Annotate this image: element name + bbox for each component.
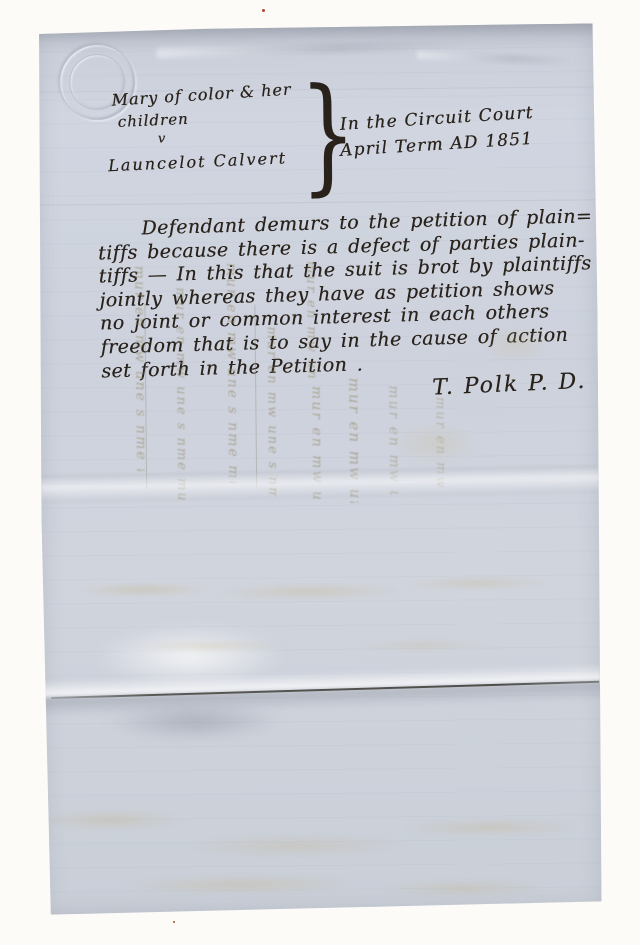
bleedthrough-script: mur en mw une s nme mur ew mnes un remse… <box>223 263 241 483</box>
plaintiff-name-line2: children <box>117 105 292 131</box>
dust-speck <box>262 9 265 12</box>
scanned-document-scene: Mary of color & her children v Launcelot… <box>0 0 640 945</box>
court-heading: In the Circuit Court April Term AD 1851 <box>340 108 535 156</box>
bleedthrough-script: mur en mw une s nme mur ew mnes un remse… <box>172 287 189 502</box>
dust-speck <box>173 921 175 923</box>
case-caption: Mary of color & her children v Launcelot… <box>111 84 292 172</box>
stain-band <box>42 568 600 607</box>
document-paper: Mary of color & her children v Launcelot… <box>37 23 603 914</box>
stain-band <box>44 793 603 908</box>
stain-band <box>43 628 601 661</box>
versus-mark: v <box>158 130 292 146</box>
bleedthrough-script: mur en mw une s nme mur ew mnes un remse… <box>303 261 319 381</box>
fold-dimple-shadow <box>69 694 319 748</box>
